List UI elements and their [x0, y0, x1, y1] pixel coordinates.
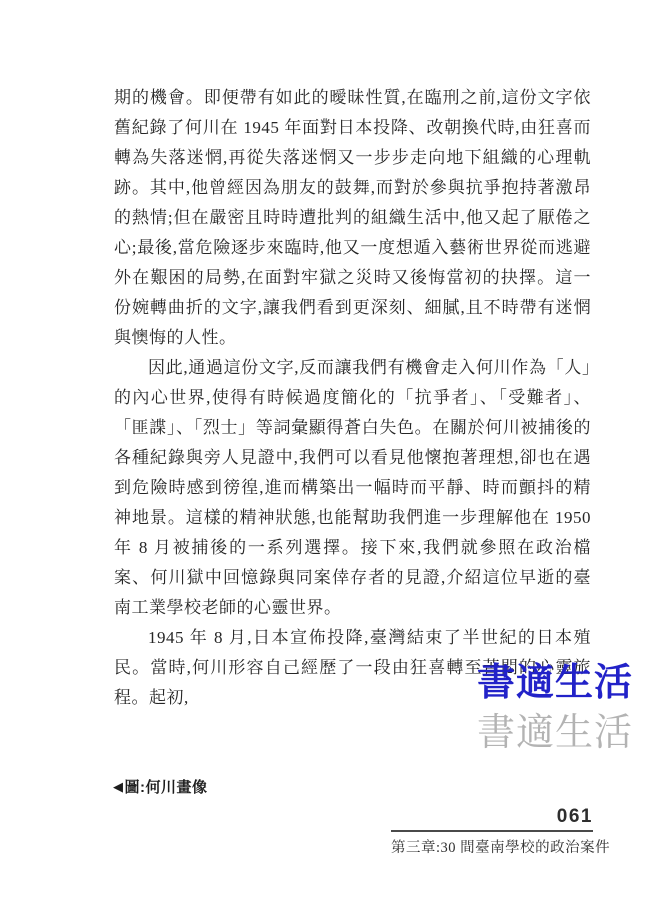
watermark-blue: 書適生活 — [477, 662, 637, 704]
watermark-gray: 書適生活 — [477, 712, 637, 754]
body-paragraph: 期的機會。即便帶有如此的曖昧性質,在臨刑之前,這份文字依舊紀錄了何川在 1945… — [114, 83, 591, 353]
chapter-title: 第三章:30 間臺南學校的政治案件 — [391, 836, 593, 857]
page-number: 061 — [391, 806, 593, 828]
page-footer: 061 第三章:30 間臺南學校的政治案件 — [391, 806, 593, 857]
figure-caption-text: 圖:何川畫像 — [125, 779, 208, 796]
body-text-block: 期的機會。即便帶有如此的曖昧性質,在臨刑之前,這份文字依舊紀錄了何川在 1945… — [114, 83, 591, 713]
book-page: 期的機會。即便帶有如此的曖昧性質,在臨刑之前,這份文字依舊紀錄了何川在 1945… — [0, 0, 663, 897]
body-paragraph: 因此,通過這份文字,反而讓我們有機會走入何川作為「人」的內心世界,使得有時候過度… — [114, 353, 591, 623]
figure-caption: ◀圖:何川畫像 — [113, 776, 208, 797]
footer-divider — [391, 830, 593, 832]
left-triangle-icon: ◀ — [113, 779, 124, 794]
